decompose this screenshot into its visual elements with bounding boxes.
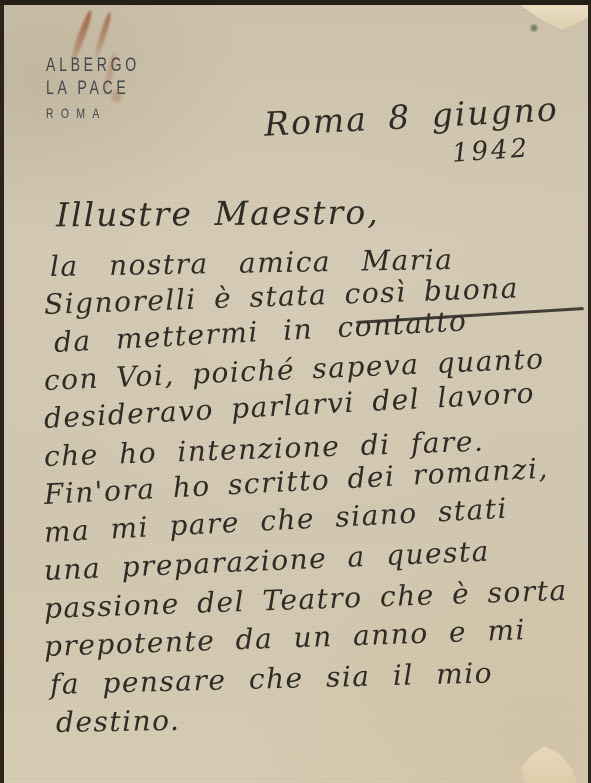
torn-patch-bottom-right [521, 746, 579, 783]
handwritten-date-year: 1942 [451, 133, 531, 168]
letter-body: la nostra amica Maria Signorelli è stata… [44, 248, 589, 742]
letter-line: destino. [56, 695, 590, 742]
rust-stain-streak [93, 11, 113, 59]
paper-speck [530, 24, 538, 32]
letter-page: ALBERGO LA PACE ROMA Roma 8 giugno 1942 … [0, 0, 591, 783]
torn-corner-top-right [518, 5, 591, 30]
letterhead-hotel-name-line1: ALBERGO [46, 54, 140, 77]
letterhead-city: ROMA [46, 105, 140, 121]
letterhead-hotel-name-line2: LA PACE [46, 77, 140, 100]
salutation: Illustre Maestro, [56, 193, 380, 235]
letterhead: ALBERGO LA PACE ROMA [46, 54, 173, 121]
